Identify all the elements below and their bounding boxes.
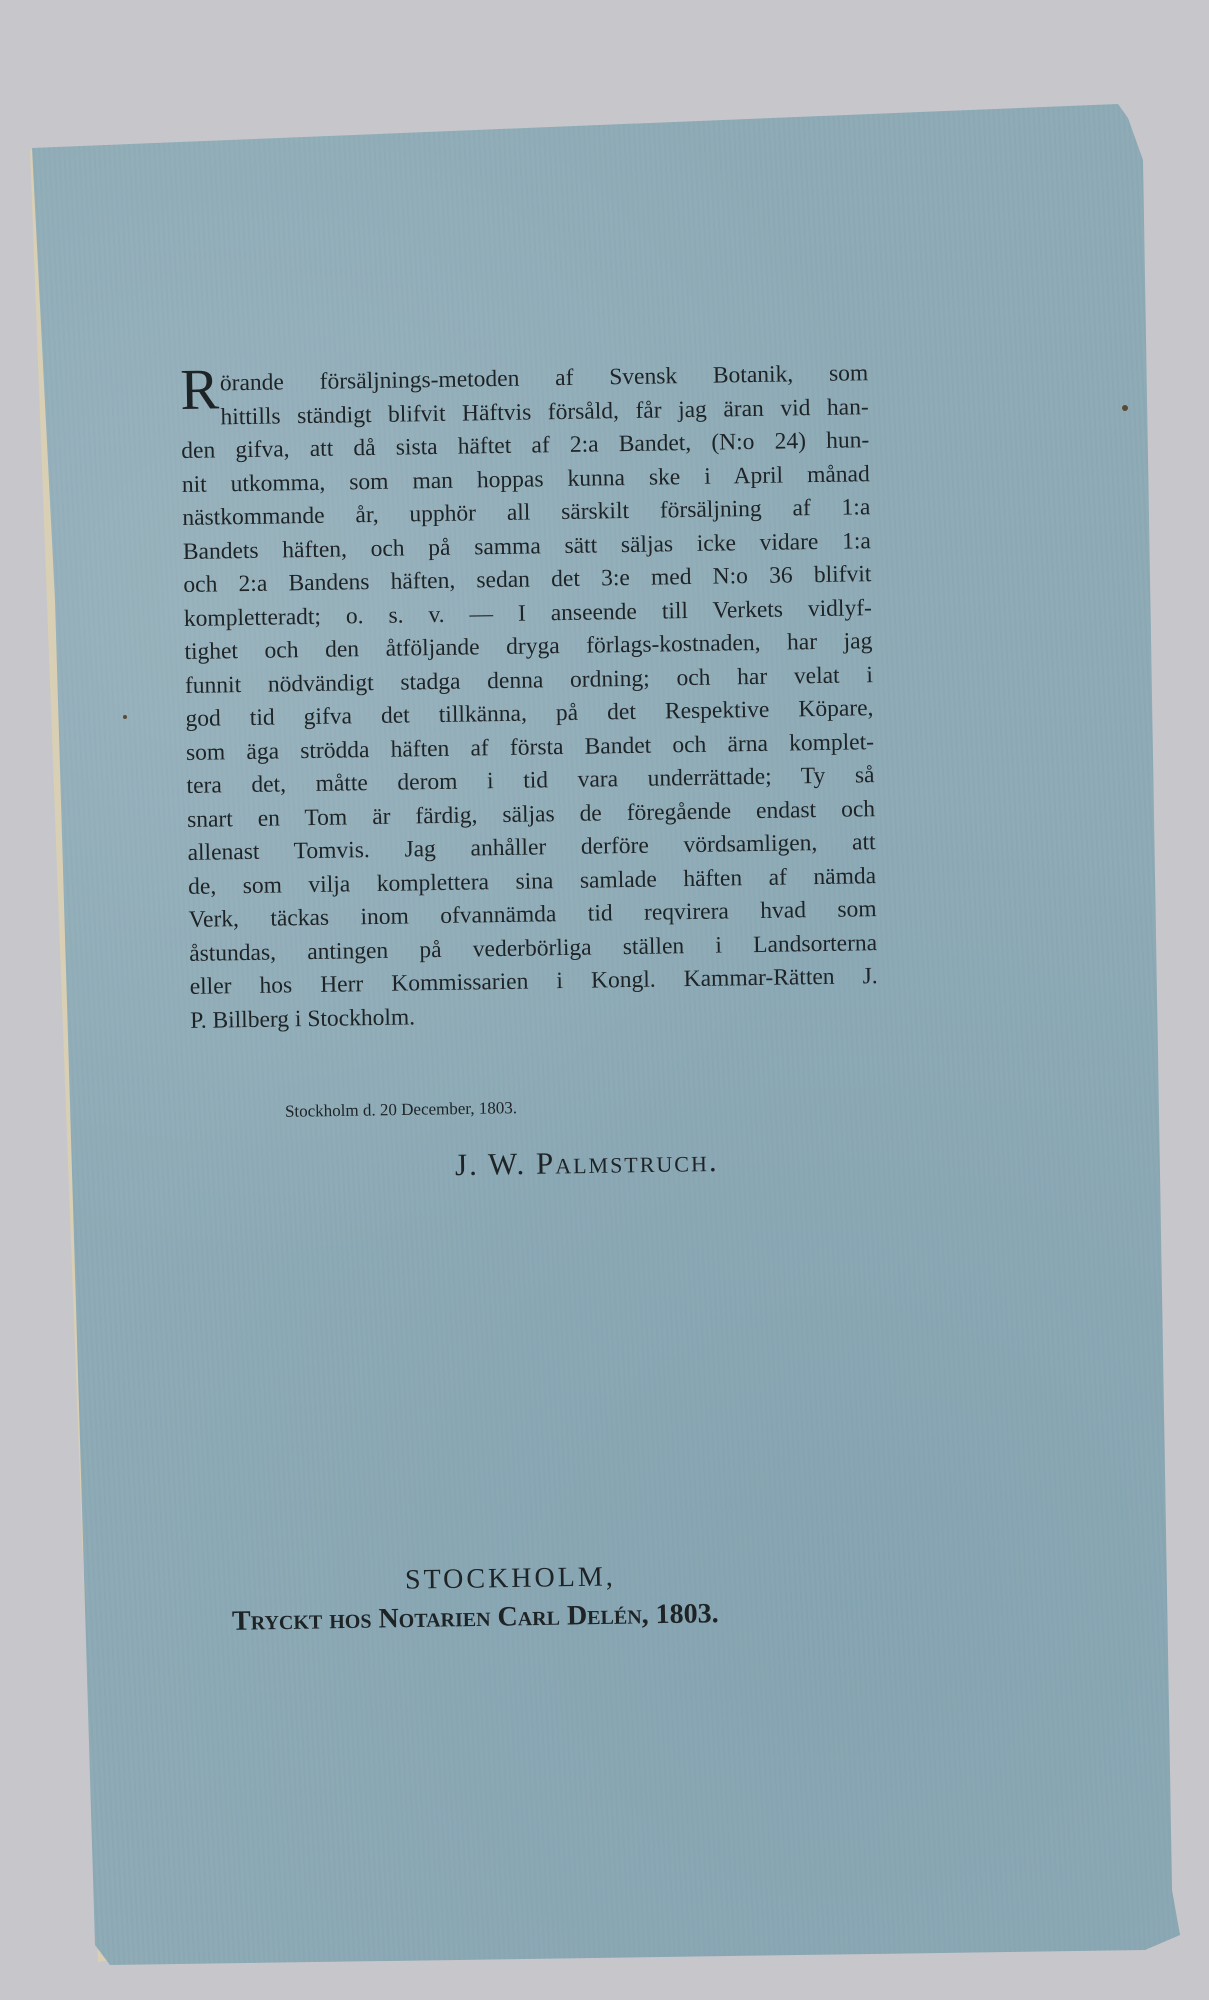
notice-text: R örande försäljnings-metoden af Svensk … — [180, 357, 878, 1038]
stain-mark — [1122, 405, 1128, 411]
stain-mark — [123, 715, 127, 719]
drop-cap: R — [180, 369, 219, 410]
imprint-city: STOCKHOLM, — [405, 1561, 616, 1596]
dateline: Stockholm d. 20 December, 1803. — [285, 1098, 517, 1122]
signature: J. W. Palmstruch. — [455, 1143, 719, 1183]
